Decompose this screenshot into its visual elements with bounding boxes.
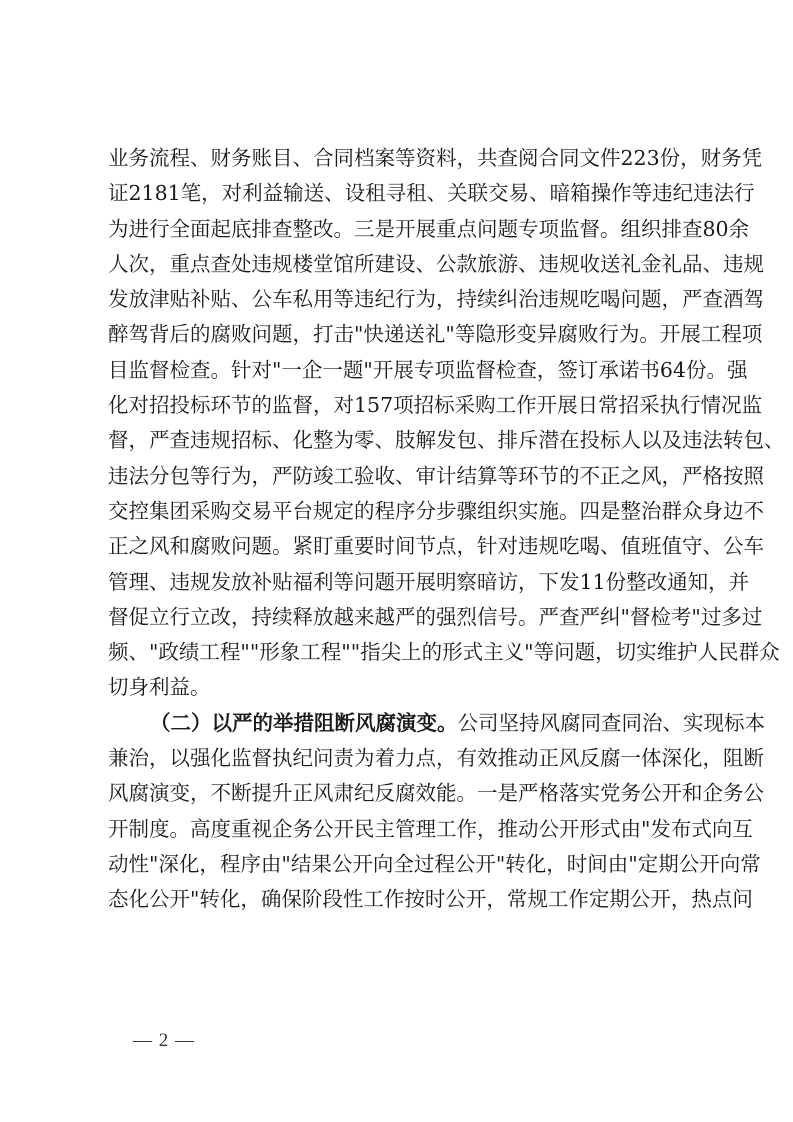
section-heading: （二）以严的举措阻断风腐演变。 bbox=[150, 711, 458, 735]
text-line: 违法分包等行为，严防竣工验收、审计结算等环节的不正之风，严格按照 bbox=[108, 459, 696, 494]
text-line: 态化公开"转化，确保阶段性工作按时公开，常规工作定期公开，热点问 bbox=[108, 882, 696, 917]
text-line: （二）以严的举措阻断风腐演变。公司坚持风腐同查同治、实现标本 bbox=[108, 706, 696, 741]
text-line: 频、"政绩工程""形象工程""指尖上的形式主义"等问题，切实维护人民群众 bbox=[108, 635, 696, 670]
text-line: 督，严查违规招标、化整为零、肢解发包、排斥潜在投标人以及违法转包、 bbox=[108, 423, 696, 458]
text-line: 人次，重点查处违规楼堂馆所建设、公款旅游、违规收送礼金礼品、违规 bbox=[108, 247, 696, 282]
document-body: 业务流程、财务账目、合同档案等资料，共查阅合同文件223份，财务凭 证2181笔… bbox=[108, 141, 696, 918]
text-line: 管理、违规发放补贴福利等问题开展明察暗访，下发11份整改通知，并 bbox=[108, 565, 696, 600]
paragraph-2: （二）以严的举措阻断风腐演变。公司坚持风腐同查同治、实现标本 兼治，以强化监督执… bbox=[108, 706, 696, 918]
text-line: 为进行全面起底排查整改。三是开展重点问题专项监督。组织排查80余 bbox=[108, 212, 696, 247]
text-line: 正之风和腐败问题。紧盯重要时间节点，针对违规吃喝、值班值守、公车 bbox=[108, 529, 696, 564]
document-page: 业务流程、财务账目、合同档案等资料，共查阅合同文件223份，财务凭 证2181笔… bbox=[0, 0, 793, 1122]
text-line: 交控集团采购交易平台规定的程序分步骤组织实施。四是整治群众身边不 bbox=[108, 494, 696, 529]
text-line: 动性"深化，程序由"结果公开向全过程公开"转化，时间由"定期公开向常 bbox=[108, 847, 696, 882]
text-line: 风腐演变，不断提升正风肃纪反腐效能。一是严格落实党务公开和企务公 bbox=[108, 776, 696, 811]
text-line: 开制度。高度重视企务公开民主管理工作，推动公开形式由"发布式向互 bbox=[108, 812, 696, 847]
text-line: 发放津贴补贴、公车私用等违纪行为，持续纠治违规吃喝问题，严查酒驾 bbox=[108, 282, 696, 317]
text-line: 目监督检查。针对"一企一题"开展专项监督检查，签订承诺书64份。强 bbox=[108, 353, 696, 388]
text-line: 化对招投标环节的监督，对157项招标采购工作开展日常招采执行情况监 bbox=[108, 388, 696, 423]
text-line: 证2181笔，对利益输送、设租寻租、关联交易、暗箱操作等违纪违法行 bbox=[108, 176, 696, 211]
text-line: 督促立行立改，持续释放越来越严的强烈信号。严查严纠"督检考"过多过 bbox=[108, 600, 696, 635]
text-run: 公司坚持风腐同查同治、实现标本 bbox=[458, 711, 766, 735]
paragraph-1: 业务流程、财务账目、合同档案等资料，共查阅合同文件223份，财务凭 证2181笔… bbox=[108, 141, 696, 706]
text-line: 兼治，以强化监督执纪问责为着力点，有效推动正风反腐一体深化，阻断 bbox=[108, 741, 696, 776]
text-line: 切身利益。 bbox=[108, 670, 696, 705]
page-number: — 2 — bbox=[133, 1030, 195, 1052]
text-line: 业务流程、财务账目、合同档案等资料，共查阅合同文件223份，财务凭 bbox=[108, 141, 696, 176]
text-line: 醉驾背后的腐败问题，打击"快递送礼"等隐形变异腐败行为。开展工程项 bbox=[108, 317, 696, 352]
